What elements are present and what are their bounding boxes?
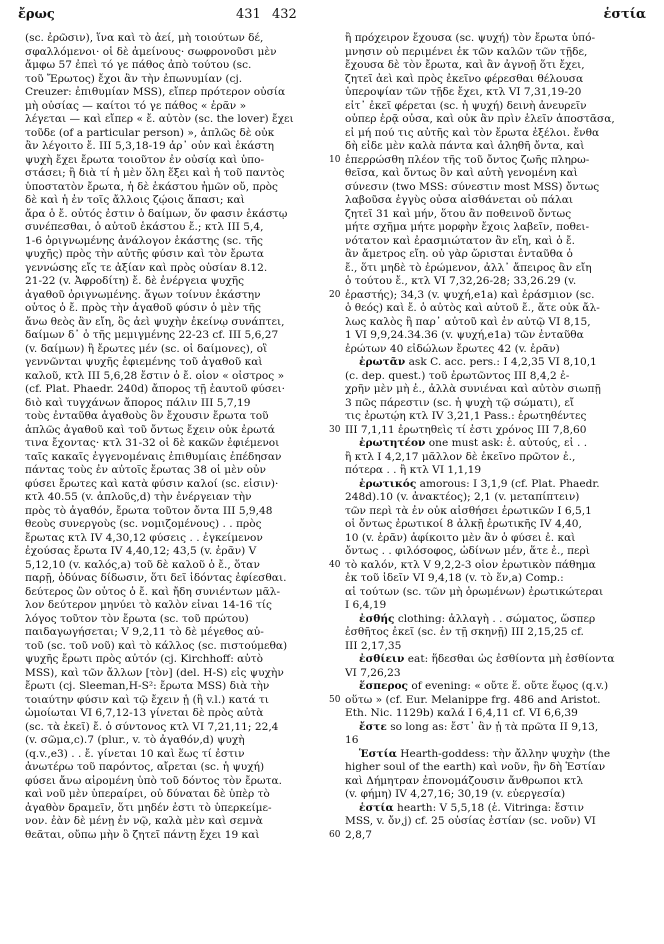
line-text: καὶ Δήμητραν ἐπονομάζουσιν ἄνθρωποι κτλ (345, 775, 583, 787)
line-text: ὄντως . . φιλόσοφος, ὠδίνων μέν, ἅτε ἐ.,… (345, 545, 590, 557)
entry-headword: ἕσπερος (359, 680, 408, 692)
line-text: ζητεῖ 31 καὶ μήν, ὅτου ἂν ποθεινοῦ ὄντως (345, 208, 571, 220)
line-text: eat: ἥδεσθαι ὡς ἐσθίοντα μὴ ἐσθίοντα (404, 653, 614, 665)
text-line: καὶ νοῦ μὲν ὑπεραίρει, οὐ δύναται δὲ ὑπὲ… (25, 788, 321, 802)
entry-start-line: ἐρωτητέον one must ask: ἐ. αὐτούς, εἰ . … (345, 437, 641, 451)
text-line: I 6,4,19 (345, 599, 641, 613)
text-line: ψυχῆς) πρὸς τὴν αὐτῆς φύσιν καὶ τὸν ἔρωτ… (25, 248, 321, 262)
line-number: 50 (329, 695, 343, 705)
line-text: I 6,4,19 (345, 599, 386, 611)
entry-start-line: ἕσπερος of evening: « οὔτε ἕ. οὔτε ἕῳος … (345, 680, 641, 694)
text-line: (c. dep. quest.) τοῦ ἐρωτῶντος III 8,4,2… (345, 370, 641, 384)
text-line: τῶν περὶ τὰ ἐν οὐκ αἰσθήσει ἐρωτικῶν I 6… (345, 505, 641, 519)
line-text: αἱ τούτων (sc. τῶν μὴ ὁρωμένων) ἐρωτικώτ… (345, 586, 603, 598)
text-line: δεύτερος ὢν οὗτος ὁ ἔ. καὶ ἤδη συνιέντων… (25, 586, 321, 600)
right-running-headword: ἑστία (603, 7, 646, 22)
line-text: τις ἐρωτῴη κτλ IV 3,21,1 Pass.: ἐρωτηθέν… (345, 410, 586, 422)
text-line: αἱ τούτων (sc. τῶν μὴ ὁρωμένων) ἐρωτικώτ… (345, 586, 641, 600)
line-text: τὸ καλόν, κτλ V 9,2,2-3 οἷον ἐρωτικὸν πά… (345, 559, 596, 571)
line-text: 248d).10 (v. ἀνακτέος); 2,1 (v. μεταπίπτ… (345, 491, 579, 503)
line-text: μνησιν οὐ περιμένει ἐκ τῶν καλῶν τῶν τῇδ… (345, 46, 587, 58)
text-line: (v. σῶμα,c).7 (plur., v. τὸ ἀγαθόν,d) ψυ… (25, 734, 321, 748)
line-text: VI 7,26,23 (345, 667, 401, 679)
right-page-number: 432 (272, 7, 297, 22)
text-line: τοῦδε (of a particular person) », ἁπλῶς … (25, 127, 321, 141)
line-text: θεῖσα, καὶ ὄντως ὂν καὶ αὐτὴ γενομένη κα… (345, 167, 578, 179)
text-line: τοὺς ἐνταῦθα ἀγαθοὺς ὃν ἔχουσιν ἔρωτα το… (25, 410, 321, 424)
line-text: ἐσθῆτος ἐκεῖ (sc. ἐν τῇ σκηνῇ) III 2,15,… (345, 626, 584, 638)
text-line: τοῦ (sc. τοῦ νοῦ) καὶ τὸ κάλλος (sc. πισ… (25, 640, 321, 654)
text-line: πότερα . . ἢ κτλ VI 1,1,19 (345, 464, 641, 478)
line-text: ἂν ἄμετρος εἴη. οὐ γὰρ ὥρισται ἐνταῦθα ὁ (345, 248, 573, 260)
line-text: ἢ κτλ I 4,2,17 μᾶλλον δὲ ἐκεῖνο πρῶτον ἐ… (345, 451, 575, 463)
text-line: γεννώσης εἴς τε ἀξίαν καὶ πρὸς οὐσίαν 8.… (25, 262, 321, 276)
text-line: ἔ., ὅτι μηδὲ τὸ ἐρώμενον, ἀλλ᾽ ἄπειρος ἂ… (345, 262, 641, 276)
line-text: οἱ ὄντως ἐρωτικοί 8 ἀλκῇ ἐρωτικῆς IV 4,4… (345, 518, 582, 530)
text-line: φύσει ἄνω αἰρομένη ὑπὸ τοῦ δόντος τὸν ἔρ… (25, 775, 321, 789)
text-line: τινα ἔχοντας· κτλ 31-32 οἱ δὲ κακῶν ἐφιέ… (25, 437, 321, 451)
text-line: μήτε σχῆμα μήτε μορφὴν ἔχοις λαβεῖν, ποθ… (345, 221, 641, 235)
entry-headword: ἐσθής (359, 613, 394, 625)
text-line: στάσει; ἢ διὰ τί ἡ μὲν ὅλη ἕξει καὶ ἡ το… (25, 167, 321, 181)
line-text: ἐρώτων 40 εἰδώλων ἔρωτες 42 (v. ἐρᾶν) (345, 343, 560, 355)
text-line: παιδαγωγήσεται; V 9,2,11 τὸ δὲ μέγεθος α… (25, 626, 321, 640)
text-line: νον. ἐὰν δὲ μένῃ ἐν νῷ, καλὰ μὲν καὶ σεμ… (25, 815, 321, 829)
text-line: οἱ ὄντως ἐρωτικοί 8 ἀλκῇ ἐρωτικῆς IV 4,4… (345, 518, 641, 532)
text-line: 21-22 (v. Ἀφροδίτη) ἔ. δὲ ἐνέργεια ψυχῆς (25, 275, 321, 289)
line-number: 30 (329, 425, 343, 435)
text-line: ὄντως . . φιλόσοφος, ὠδίνων μέν, ἅτε ἐ.,… (345, 545, 641, 559)
text-line: τις ἐρωτῴη κτλ IV 3,21,1 Pass.: ἐρωτηθέν… (345, 410, 641, 424)
text-line: ζητεῖ ἀεὶ καὶ πρὸς ἐκεῖνο φέρεσθαι θέλου… (345, 73, 641, 87)
line-text: of evening: « οὔτε ἕ. οὔτε ἕῳος (q.v.) (408, 680, 608, 692)
line-number: 10 (329, 155, 343, 165)
line-text: σύνεσιν (two MSS: σύνεστιν most MSS) ὄντ… (345, 181, 599, 193)
line-text: οὗπερ ἐρᾷ οὖσα, καὶ οὐκ ἂν πρὶν ἑλεῖν ἀπ… (345, 113, 615, 125)
text-line: ὡμοίωται VI 6,7,12-13 γίνεται δὲ πρὸς αὐ… (25, 707, 321, 721)
text-line: σύνεσιν (two MSS: σύνεστιν most MSS) ὄντ… (345, 181, 641, 195)
line-text: hearth: V 5,5,18 (ἑ. Vitringa: ἔστιν (394, 802, 584, 814)
line-number: 40 (329, 560, 343, 570)
text-line: ὁ θεός) καὶ ἔ. ὁ αὐτὸς καὶ αὑτοῦ ἔ., ἅτε… (345, 302, 641, 316)
text-line: (v. φήμη) IV 4,27,16; 30,19 (v. εὐεργεσί… (345, 788, 641, 802)
text-line: δαίμων δ᾽ ὁ τῆς μεμιγμένης 22-23 cf. III… (25, 329, 321, 343)
text-line: 2,8,7 (345, 829, 641, 843)
text-line: ἂν ἄμετρος εἴη. οὐ γὰρ ὥρισται ἐνταῦθα ὁ (345, 248, 641, 262)
text-line: θεᾶται, οὔπω μὴν ὃ ζητεῖ πάντῃ ἔχει 19 κ… (25, 829, 321, 843)
line-text: μήτε σχῆμα μήτε μορφὴν ἔχοις λαβεῖν, ποθ… (345, 221, 589, 233)
text-line: MSS), καὶ τῶν ἄλλων [τὸν] (del. H-S) εἰς… (25, 667, 321, 681)
line-text: ὑπεροψίαν τῶν τῇδε ἔχει, κτλ VI 7,31,19-… (345, 86, 581, 98)
text-line: (sc. τὰ ἐκεῖ) ἔ. ὁ σύντονος κτλ VI 7,21,… (25, 721, 321, 735)
text-line: ἔρωτι (cj. Sleeman,H-S²: ἔρωτα MSS) διὰ … (25, 680, 321, 694)
entry-headword: ἐσθίειν (359, 653, 404, 665)
text-line: 5,12,10 (v. καλός,a) τοῦ δὲ καλοῦ ὁ ἔ., … (25, 559, 321, 573)
text-line: (cf. Plat. Phaedr. 240d) ἄπορος τῇ ἑαυτο… (25, 383, 321, 397)
line-text: 2,8,7 (345, 829, 372, 841)
text-line: λόγος τοῦτον τὸν ἔρωτα (sc. τοῦ πρώτου) (25, 613, 321, 627)
text-line: λως καλὸς ἢ παρ᾽ αὐτοῦ καὶ ἐν αὐτῷ VI 8,… (345, 316, 641, 330)
text-line: νότατον καὶ ἐρασμιώτατον ἂν εἴη, καὶ ὁ ἔ… (345, 235, 641, 249)
line-text: ἐραστής); 34,3 (v. ψυχή,e1a) καὶ ἐράσμιο… (345, 289, 594, 301)
entry-headword: ἑστία (359, 802, 394, 814)
right-column: ἢ πρόχειρον ἔχουσα (sc. ψυχή) τὸν ἔρωτα … (345, 32, 641, 842)
line-text: οὕτω » (cf. Eur. Melanippe frg. 486 and … (345, 694, 600, 706)
text-line: ὑπεροψίαν τῶν τῇδε ἔχει, κτλ VI 7,31,19-… (345, 86, 641, 100)
text-line: οὗτος ὁ ἔ. πρὸς τὴν ἀγαθοῦ φύσιν ὁ μὲν τ… (25, 302, 321, 316)
text-line: higher soul of the earth) καὶ νοῦν, ἣν δ… (345, 761, 641, 775)
text-line: ψυχῆς ἔρωτι πρὸς αὐτόν (cj. Kirchhoff: α… (25, 653, 321, 667)
line-text: clothing: ἀλλαγὴ . . σώματος, ὥσπερ (394, 613, 595, 625)
entry-start-line: ἔστε so long as: ἔστ᾽ ἂν ᾖ τὰ πρῶτα II 9… (345, 721, 641, 735)
text-line: πάντας τοὺς ἐν αὐτοῖς ἔρωτας 38 οἱ μὲν ο… (25, 464, 321, 478)
text-line: ἔχουσα δὲ τὸν ἔρωτα, καὶ ἂν ἀγνοῇ ὅτι ἔχ… (345, 59, 641, 73)
line-text: δὴ εἶδε μὲν καλὰ πάντα καὶ ἀληθῆ ὄντα, κ… (345, 140, 584, 152)
line-number: 20 (329, 290, 343, 300)
text-line: 1-6 ὀριγνωμένης ἀνάλογον ἑκάστης (sc. τῆ… (25, 235, 321, 249)
text-line: χρῆν μὲν μὴ ἐ., ἀλλὰ συνιέναι καὶ αὐτὸν … (345, 383, 641, 397)
line-text: νότατον καὶ ἐρασμιώτατον ἂν εἴη, καὶ ὁ ἔ… (345, 235, 575, 247)
text-line: γεννῶνται ψυχῆς ἐφιεμένης τοῦ ἀγαθοῦ καὶ (25, 356, 321, 370)
line-text: χρῆν μὲν μὴ ἐ., ἀλλὰ συνιέναι καὶ αὐτὸν … (345, 383, 601, 395)
text-line: 248d).10 (v. ἀνακτέος); 2,1 (v. μεταπίπτ… (345, 491, 641, 505)
line-text: (c. dep. quest.) τοῦ ἐρωτῶντος III 8,4,2… (345, 370, 569, 382)
text-line: ἐπερρώσθη πλέον τῆς τοῦ ὄντος ζωῆς πληρω… (345, 154, 641, 168)
text-line: λαβοῦσα ἐγγὺς οὖσα αἰσθάνεται οὗ πάλαι (345, 194, 641, 208)
text-line: κτλ 40.55 (v. ἁπλοῦς,d) τὴν ἐνέργειαν τὴ… (25, 491, 321, 505)
entry-start-line: ἐσθής clothing: ἀλλαγὴ . . σώματος, ὥσπε… (345, 613, 641, 627)
text-line: 16 (345, 734, 641, 748)
line-text: 10 (v. ἐρᾶν) ἀφίκοιτο μὲν ἂν ὁ φύσει ἐ. … (345, 532, 575, 544)
line-number: 60 (329, 830, 343, 840)
text-line: 10 (v. ἐρᾶν) ἀφίκοιτο μὲν ἂν ὁ φύσει ἐ. … (345, 532, 641, 546)
text-line: ψυχὴ ἔχει ἔρωτα τοιοῦτον ἐν οὐσίᾳ καὶ ὑπ… (25, 154, 321, 168)
text-line: λον δεύτερον μηνύει τὸ καλὸν εἶναι 14-16… (25, 599, 321, 613)
line-text: III 7,1,11 ἐρωτηθεὶς τί ἐστι χρόνος III … (345, 424, 587, 436)
line-text: εἶτ᾽ ἐκεῖ φέρεται (sc. ἡ ψυχή) δεινὴ ἀνε… (345, 100, 587, 112)
text-line: ἐκ τοῦ ἰδεῖν VI 9,4,18 (v. τὸ ἕν,a) Comp… (345, 572, 641, 586)
line-text: (v. φήμη) IV 4,27,16; 30,19 (v. εὐεργεσί… (345, 788, 565, 800)
text-line: δὴ εἶδε μὲν καλὰ πάντα καὶ ἀληθῆ ὄντα, κ… (345, 140, 641, 154)
text-line: VI 7,26,23 (345, 667, 641, 681)
text-line: Creuzer: ἐπιθυμίαν MSS), εἴπερ πρότερον … (25, 86, 321, 100)
entry-headword: Ἑστία (359, 748, 397, 760)
text-line: φύσει ἔρωτες καὶ κατὰ φύσιν καλοί (sc. ε… (25, 478, 321, 492)
text-line: οὕτω » (cf. Eur. Melanippe frg. 486 and … (345, 694, 641, 708)
text-line: ἐσθῆτος ἐκεῖ (sc. ἐν τῇ σκηνῇ) III 2,15,… (345, 626, 641, 640)
text-line: ἐρώτων 40 εἰδώλων ἔρωτες 42 (v. ἐρᾶν) (345, 343, 641, 357)
text-line: ἢ κτλ I 4,2,17 μᾶλλον δὲ ἐκεῖνο πρῶτον ἐ… (345, 451, 641, 465)
line-text: εἰ μή πού τις αὐτῆς καὶ τὸν ἔρωτα ἐξέλοι… (345, 127, 599, 139)
entry-start-line: ἐσθίειν eat: ἥδεσθαι ὡς ἐσθίοντα μὴ ἐσθί… (345, 653, 641, 667)
text-line: ἁπλῶς ἀγαθοῦ καὶ τοῦ ὄντως ἔχειν οὐκ ἐρω… (25, 424, 321, 438)
text-line: μνησιν οὐ περιμένει ἐκ τῶν καλῶν τῶν τῇδ… (345, 46, 641, 60)
text-line: ἄμφω 57 ἐπεὶ τό γε πάθος ἀπὸ τούτου (sc. (25, 59, 321, 73)
line-text: ἢ πρόχειρον ἔχουσα (sc. ψυχή) τὸν ἔρωτα … (345, 32, 595, 44)
line-text: λαβοῦσα ἐγγὺς οὖσα αἰσθάνεται οὗ πάλαι (345, 194, 573, 206)
line-text: 16 (345, 734, 358, 746)
text-line: ὑποστατὸν ἔρωτα, ἡ δὲ ἑκάστου ἡμῶν οὔ, π… (25, 181, 321, 195)
text-line: δὲ καὶ ἡ ἐν τοῖς ἄλλοις ζῴοις ἅπασι; καὶ (25, 194, 321, 208)
entry-start-line: Ἑστία Hearth-goddess: τὴν ἄλλην ψυχὴν (t… (345, 748, 641, 762)
entry-headword: ἐρωτᾶν (359, 356, 405, 368)
left-page-number: 431 (236, 7, 261, 22)
text-line: ἀγαθὸν δραμεῖν, ὅτι μηδέν ἐστι τὸ ὑπερκε… (25, 802, 321, 816)
text-line: Eth. Nic. 1129b) καλά I 6,4,11 cf. VI 6,… (345, 707, 641, 721)
text-line: λέγεται — καὶ εἴπερ « ἔ. αὐτὸν (sc. the … (25, 113, 321, 127)
text-line: θεῖσα, καὶ ὄντως ὂν καὶ αὐτὴ γενομένη κα… (345, 167, 641, 181)
text-line: τοῦ Ἔρωτος) ἔχοι ἂν τὴν ἐπωνυμίαν (cj. (25, 73, 321, 87)
line-text: MSS, v. ὄν,j) cf. 25 οὐσίας ἑστίαν (sc. … (345, 815, 596, 827)
text-line: εἰ μή πού τις αὐτῆς καὶ τὸν ἔρωτα ἐξέλοι… (345, 127, 641, 141)
text-line: καλοῦ, κτλ III 5,6,28 ἔστιν ὁ ἔ. οἷον « … (25, 370, 321, 384)
line-text: III 2,17,35 (345, 640, 401, 652)
text-line: ἔρωτας κτλ IV 4,30,12 φύσεις . . ἐγκείμε… (25, 532, 321, 546)
text-line: σφαλλόμενοι· οἱ δὲ ἀμείνους· σωφρονοῦσι … (25, 46, 321, 60)
text-line: εἶτ᾽ ἐκεῖ φέρεται (sc. ἡ ψυχή) δεινὴ ἀνε… (345, 100, 641, 114)
line-text: so long as: ἔστ᾽ ἂν ᾖ τὰ πρῶτα II 9,13, (387, 721, 598, 733)
line-text: Hearth-goddess: τὴν ἄλλην ψυχὴν (the (397, 748, 610, 760)
line-text: one must ask: ἐ. αὐτούς, εἰ . . (425, 437, 587, 449)
line-text: ἐκ τοῦ ἰδεῖν VI 9,4,18 (v. τὸ ἕν,a) Comp… (345, 572, 564, 584)
text-line: καὶ Δήμητραν ἐπονομάζουσιν ἄνθρωποι κτλ (345, 775, 641, 789)
text-line: ἂν λέγοιτο ἔ. III 5,3,18-19 ἆρ᾽ οὖν καὶ … (25, 140, 321, 154)
line-text: Eth. Nic. 1129b) καλά I 6,4,11 cf. VI 6,… (345, 707, 578, 719)
text-line: ἄρα ὁ ἔ. οὗτός ἐστιν ὁ δαίμων, ὅν φασιν … (25, 208, 321, 222)
text-line: τὸ καλόν, κτλ V 9,2,2-3 οἷον ἐρωτικὸν πά… (345, 559, 641, 573)
line-text: 3 πῶς πάρεστιν (sc. ἡ ψυχὴ τῷ σώματι), ε… (345, 397, 574, 409)
left-column: (sc. ἐρῶσιν), ἵνα καὶ τὸ ἀεί, μὴ τοιούτω… (25, 32, 321, 842)
text-line: θεοὺς συνεργοὺς (sc. νομιζομένους) . . π… (25, 518, 321, 532)
text-line: MSS, v. ὄν,j) cf. 25 οὐσίας ἑστίαν (sc. … (345, 815, 641, 829)
line-text: ask C. acc. pers.: I 4,2,35 VI 8,10,1 (405, 356, 597, 368)
line-text: πότερα . . ἢ κτλ VI 1,1,19 (345, 464, 481, 476)
text-line: ταῖς κακαῖς ἐγγενομέναις ἐπιθυμίαις ἐπέδ… (25, 451, 321, 465)
text-line: πρὸς τὸ ἀγαθόν, ἔρωτα τοῦτον ὄντα III 5,… (25, 505, 321, 519)
text-line: ἐραστής); 34,3 (v. ψυχή,e1a) καὶ ἐράσμιο… (345, 289, 641, 303)
line-text: ὁ τούτου ἔ., κτλ VI 7,32,26-28; 33,26.29… (345, 275, 576, 287)
text-line: III 2,17,35 (345, 640, 641, 654)
entry-headword: ἔστε (359, 721, 387, 733)
line-text: ζητεῖ ἀεὶ καὶ πρὸς ἐκεῖνο φέρεσθαι θέλου… (345, 73, 583, 85)
line-text: λως καλὸς ἢ παρ᾽ αὐτοῦ καὶ ἐν αὐτῷ VI 8,… (345, 316, 591, 328)
text-line: μὴ οὐσίας — καίτοι τό γε πάθος « ἐρᾶν » (25, 100, 321, 114)
entry-start-line: ἐρωτᾶν ask C. acc. pers.: I 4,2,35 VI 8,… (345, 356, 641, 370)
text-line: (sc. ἐρῶσιν), ἵνα καὶ τὸ ἀεί, μὴ τοιούτω… (25, 32, 321, 46)
text-line: (v. δαίμων) ἢ ἔρωτες μέν (sc. οἱ δαίμονε… (25, 343, 321, 357)
line-text: ὁ θεός) καὶ ἔ. ὁ αὐτὸς καὶ αὑτοῦ ἔ., ἅτε… (345, 302, 600, 314)
text-line: διὸ καὶ τυγχάνων ἄπορος πάλιν III 5,7,19 (25, 397, 321, 411)
text-line: ἄνω θεὸς ἂν εἴη, ὃς ἀεὶ ψυχὴν ἐκείνῳ συν… (25, 316, 321, 330)
line-text: 1 VI 9,9,24.34.36 (v. ψυχή,e1a) τῶν ἐντα… (345, 329, 584, 341)
text-line: ἢ πρόχειρον ἔχουσα (sc. ψυχή) τὸν ἔρωτα … (345, 32, 641, 46)
line-text: higher soul of the earth) καὶ νοῦν, ἣν δ… (345, 761, 605, 773)
text-line: III 7,1,11 ἐρωτηθεὶς τί ἐστι χρόνος III … (345, 424, 641, 438)
line-text: amorous: I 3,1,9 (cf. Plat. Phaedr. (416, 478, 599, 490)
text-line: οὗπερ ἐρᾷ οὖσα, καὶ οὐκ ἂν πρὶν ἑλεῖν ἀπ… (345, 113, 641, 127)
text-line: ἐχούσας ἔρωτα IV 4,40,12; 43,5 (v. ἐρᾶν)… (25, 545, 321, 559)
text-line: (q.v.,e3) . . ἔ. γίνεται 10 καὶ ἕως τί ἐ… (25, 748, 321, 762)
line-text: ἔ., ὅτι μηδὲ τὸ ἐρώμενον, ἀλλ᾽ ἄπειρος ἂ… (345, 262, 592, 274)
text-line: ἀνωτέρω τοῦ παρόντος, αἴρεται (sc. ἡ ψυχ… (25, 761, 321, 775)
text-line: ἀγαθοῦ ὀριγνωμένης. ἄγων τοίνυν ἑκάστην (25, 289, 321, 303)
line-text: ἔχουσα δὲ τὸν ἔρωτα, καὶ ἂν ἀγνοῇ ὅτι ἔχ… (345, 59, 585, 71)
text-line: τοιαύτην φύσιν καὶ τῷ ἔχειν ᾗ (ἢ v.l.) κ… (25, 694, 321, 708)
line-text: ἐπερρώσθη πλέον τῆς τοῦ ὄντος ζωῆς πληρω… (345, 154, 589, 166)
text-line: ζητεῖ 31 καὶ μήν, ὅτου ἂν ποθεινοῦ ὄντως (345, 208, 641, 222)
entry-headword: ἐρωτητέον (359, 437, 425, 449)
line-text: τῶν περὶ τὰ ἐν οὐκ αἰσθήσει ἐρωτικῶν I 6… (345, 505, 592, 517)
text-line: 3 πῶς πάρεστιν (sc. ἡ ψυχὴ τῷ σώματι), ε… (345, 397, 641, 411)
left-running-headword: ἔρως (18, 7, 55, 22)
entry-headword: ἐρωτικός (359, 478, 416, 490)
text-line: συνέπεσθαι, ὁ αὐτοῦ ἑκάστου ἔ.; κτλ III … (25, 221, 321, 235)
text-line: ὁ τούτου ἔ., κτλ VI 7,32,26-28; 33,26.29… (345, 275, 641, 289)
entry-start-line: ἑστία hearth: V 5,5,18 (ἑ. Vitringa: ἔστ… (345, 802, 641, 816)
entry-start-line: ἐρωτικός amorous: I 3,1,9 (cf. Plat. Pha… (345, 478, 641, 492)
text-line: 1 VI 9,9,24.34.36 (v. ψυχή,e1a) τῶν ἐντα… (345, 329, 641, 343)
text-line: παρῇ, ὀδύνας δίδωσιν, ὅτι δεῖ ἰδόντας ἐφ… (25, 572, 321, 586)
